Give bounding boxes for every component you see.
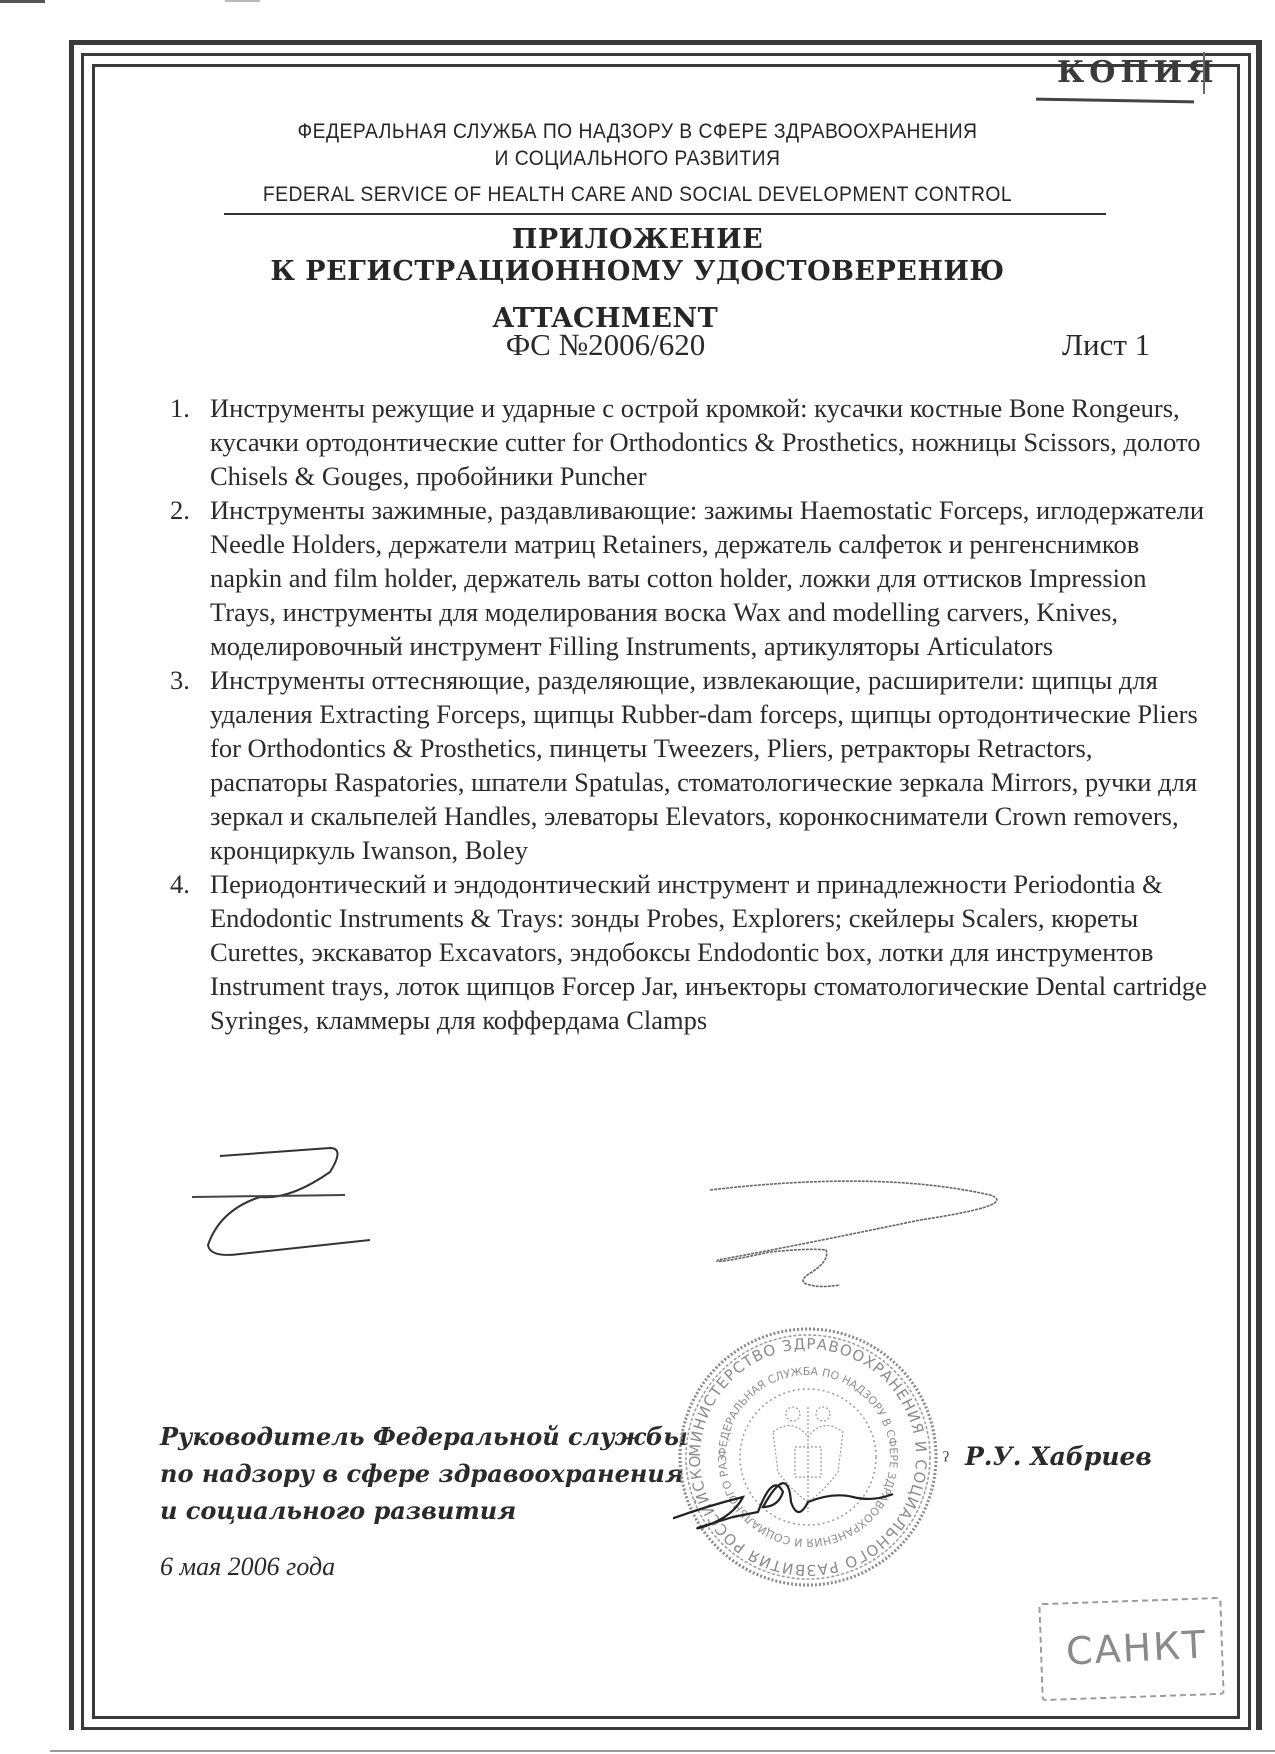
list-item-text: Периодонтический и эндодонтический инстр…: [210, 869, 1207, 1035]
box-stamp-text: САНКТ: [1065, 1622, 1208, 1673]
copy-stamp-mark: [1203, 52, 1205, 94]
signatory-position: Руководитель Федеральной службы по надзо…: [160, 1418, 688, 1529]
instrument-list: 1. Инструменты режущие и ударные с остро…: [170, 391, 1210, 1037]
agency-name-en: FEDERAL SERVICE OF HEALTH CARE AND SOCIA…: [51, 183, 1224, 207]
issue-date: 6 мая 2006 года: [160, 1552, 335, 1582]
list-item: 4. Периодонтический и эндодонтический ин…: [170, 867, 1210, 1037]
scan-artifact: [0, 0, 45, 3]
agency-name-ru-line2: И СОЦИАЛЬНОГО РАЗВИТИЯ: [51, 147, 1224, 171]
certificate-number: ФС №2006/620: [0, 327, 1243, 363]
copy-stamp: КОПИЯ: [1057, 55, 1219, 90]
signatory-name: Р.У. Хабриев: [965, 1442, 1152, 1471]
blank-space-strikeout-right: [680, 1160, 1000, 1300]
list-item-text: Инструменты зажимные, раздавливающие: за…: [210, 495, 1204, 661]
official-seal-icon: МИНИСТЕРСТВО ЗДРАВООХРАНЕНИЯ И СОЦИАЛЬНО…: [673, 1322, 943, 1592]
agency-name-ru-line1: ФЕДЕРАЛЬНАЯ СЛУЖБА ПО НАДЗОРУ В СФЕРЕ ЗД…: [51, 120, 1224, 144]
document-subtitle: К РЕГИСТРАЦИОННОМУ УДОСТОВЕРЕНИЮ: [0, 256, 1275, 287]
list-item-number: 2.: [170, 493, 190, 527]
list-item-text: Инструменты оттесняющие, разделяющие, из…: [210, 665, 1198, 865]
scan-artifact: [225, 0, 260, 2]
scan-artifact: [50, 1750, 1275, 1752]
list-item: 1. Инструменты режущие и ударные с остро…: [170, 391, 1210, 493]
list-item-text: Инструменты режущие и ударные с острой к…: [210, 393, 1200, 491]
sheet-number: Лист 1: [1062, 327, 1150, 363]
signatory-position-line1: Руководитель Федеральной службы: [160, 1418, 688, 1455]
header-divider: [224, 213, 1106, 215]
list-item: 2. Инструменты зажимные, раздавливающие:…: [170, 493, 1210, 663]
document-title: ПРИЛОЖЕНИЕ: [0, 224, 1275, 255]
signatory-position-line2: по надзору в сфере здравоохранения: [160, 1455, 688, 1492]
list-item: 3. Инструменты оттесняющие, разделяющие,…: [170, 663, 1210, 867]
list-item-number: 4.: [170, 867, 190, 901]
list-item-number: 3.: [170, 663, 190, 697]
list-item-number: 1.: [170, 391, 190, 425]
signature-mark: ˀ: [943, 1448, 949, 1475]
signatory-position-line3: и социального развития: [160, 1492, 688, 1529]
blank-space-strikeout-left: [180, 1140, 440, 1270]
